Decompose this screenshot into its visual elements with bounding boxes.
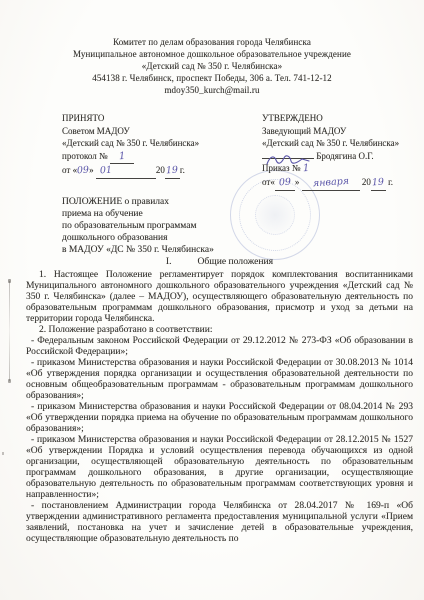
org-header-line: «Детский сад № 350 г. Челябинска»	[0, 60, 424, 72]
accepted-line: «Детский сад № 350 г. Челябинска»	[62, 137, 252, 150]
date-quote: »	[295, 177, 300, 187]
protocol-label: протокол №	[62, 151, 108, 161]
date-from-label: от «	[62, 165, 77, 175]
date-month-handwritten: 01	[99, 165, 112, 178]
scan-fold-line-artifact	[9, 281, 10, 381]
section-number: I.	[166, 256, 172, 267]
body-paragraph: - приказом Министерства образования и на…	[26, 434, 413, 500]
date-suffix: г.	[180, 165, 185, 175]
body-paragraph: 2. Положение разработано в соответствии:	[26, 324, 413, 335]
section-title: Общие положения	[198, 256, 274, 267]
approved-line: «Детский сад № 350 г. Челябинска»	[262, 137, 422, 150]
approved-date-line: от«09» января 2019 г.	[262, 176, 422, 191]
title-line: приема на обучение	[62, 209, 322, 221]
scanned-document-page: Комитет по делам образования города Челя…	[0, 0, 424, 600]
signature-line: Бродягина О.Г.	[262, 150, 422, 163]
date-quote: »	[89, 165, 94, 175]
year-field: 19	[371, 176, 386, 191]
title-line: дошкольного образования	[62, 233, 322, 245]
year-handwritten: 19	[372, 177, 385, 190]
approved-block: УТВЕРЖДЕНО Заведующий МАДОУ «Детский сад…	[262, 112, 422, 191]
approved-title: УТВЕРЖДЕНО	[262, 112, 422, 125]
approved-line: Заведующий МАДОУ	[262, 125, 422, 138]
org-header-line: Комитет по делам образования города Челя…	[0, 36, 424, 48]
org-header-line: Муниципальное автономное дошкольное обра…	[0, 48, 424, 60]
signature-field	[262, 158, 314, 159]
accepted-line: Советом МАДОУ	[62, 125, 252, 138]
body-paragraph: 1. Настоящее Положение регламентирует по…	[26, 269, 413, 324]
accepted-block: ПРИНЯТО Советом МАДОУ «Детский сад № 350…	[62, 112, 252, 179]
body-paragraph: - приказом Министерства образования и на…	[26, 357, 413, 401]
signatory-name: Бродягина О.Г.	[316, 151, 373, 161]
title-line: ПОЛОЖЕНИЕ о правилах	[62, 197, 322, 209]
date-day-handwritten: 09	[278, 177, 291, 190]
accepted-title: ПРИНЯТО	[62, 112, 252, 125]
title-line: в МАДОУ «ДС № 350 г. Челябинска»	[62, 245, 322, 257]
scan-speck-artifact	[8, 379, 11, 383]
org-email: mdoy350_kurch@mail.ru	[0, 84, 424, 96]
protocol-number-handwritten: 1	[118, 151, 125, 164]
document-body: 1. Настоящее Положение регламентирует по…	[26, 269, 413, 544]
body-paragraph: - приказом Министерства образования и на…	[26, 401, 413, 434]
section-heading: I.Общие положения	[26, 256, 413, 267]
body-paragraph: - постановлением Администрации города Че…	[26, 500, 413, 544]
scan-speck-artifact	[8, 279, 11, 283]
year-prefix: 20	[156, 165, 165, 175]
body-paragraph: - Федеральным законом Российской Федерац…	[26, 335, 413, 357]
protocol-number-field: 1	[110, 150, 134, 165]
date-month-field: января	[302, 176, 360, 191]
date-day-handwritten: 09	[77, 165, 90, 178]
year-handwritten: 19	[166, 165, 179, 178]
protocol-line: протокол № 1	[62, 150, 252, 165]
date-day-field: 09	[275, 176, 295, 191]
scan-speck-artifact	[2, 452, 4, 455]
accepted-date-line: от «09» 012019г.	[62, 164, 252, 179]
title-line: по образовательным программам	[62, 221, 322, 233]
year-field: 19	[165, 164, 180, 179]
year-prefix: 20	[362, 177, 371, 187]
date-suffix: г.	[388, 177, 393, 187]
org-header: Комитет по делам образования города Челя…	[0, 36, 424, 96]
order-number-handwritten: 1	[302, 163, 309, 176]
date-month-handwritten: января	[312, 176, 349, 191]
date-from-label: от«	[262, 177, 275, 187]
org-header-line: 454138 г. Челябинск, проспект Победы, 30…	[0, 72, 424, 84]
date-month-field: 01	[96, 164, 156, 179]
document-title: ПОЛОЖЕНИЕ о правилах приема на обучение …	[62, 197, 322, 257]
